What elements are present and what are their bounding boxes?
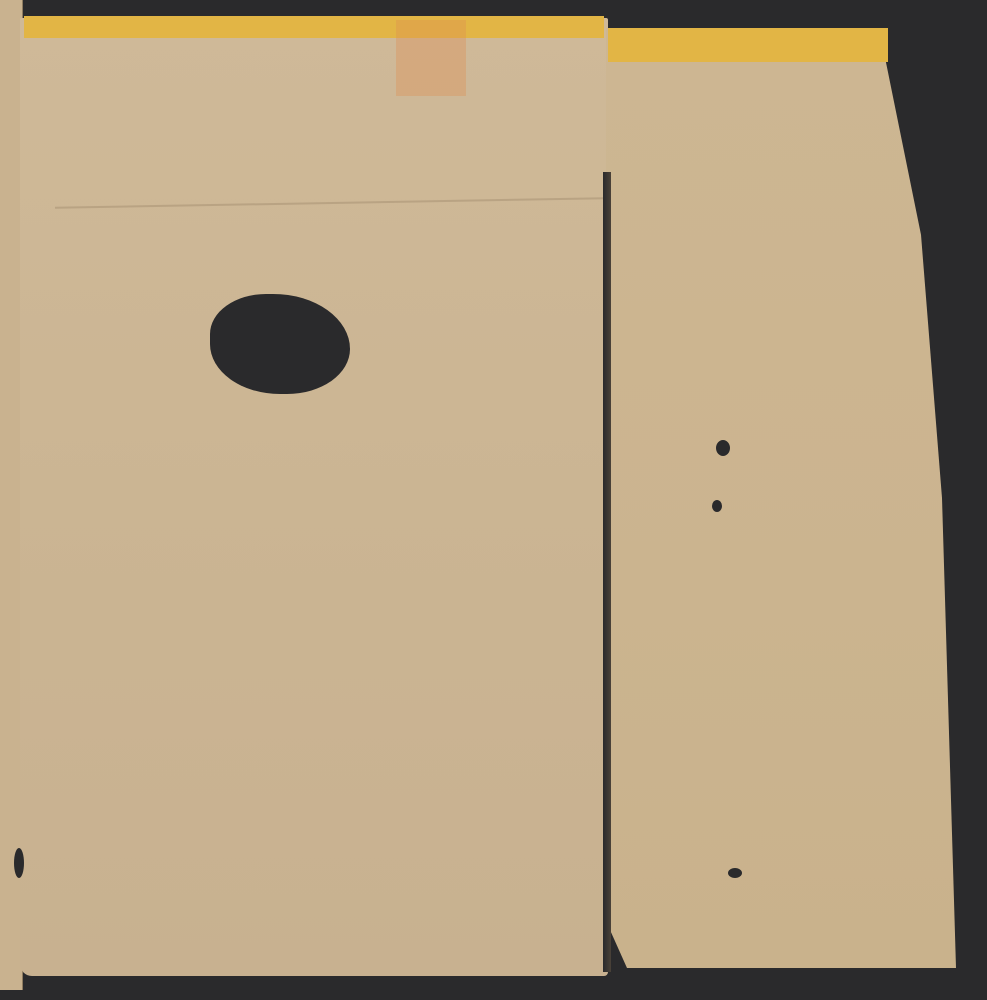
damage-spot (14, 848, 24, 878)
tape-strip-right (608, 28, 888, 62)
folded-flap (55, 145, 605, 209)
damage-spot (712, 500, 722, 512)
faded-label (396, 20, 466, 96)
right-page (606, 28, 956, 968)
tape-strip-left (24, 16, 604, 38)
page-gutter (603, 172, 611, 972)
damage-spot (716, 440, 730, 456)
damage-spot (728, 868, 742, 878)
